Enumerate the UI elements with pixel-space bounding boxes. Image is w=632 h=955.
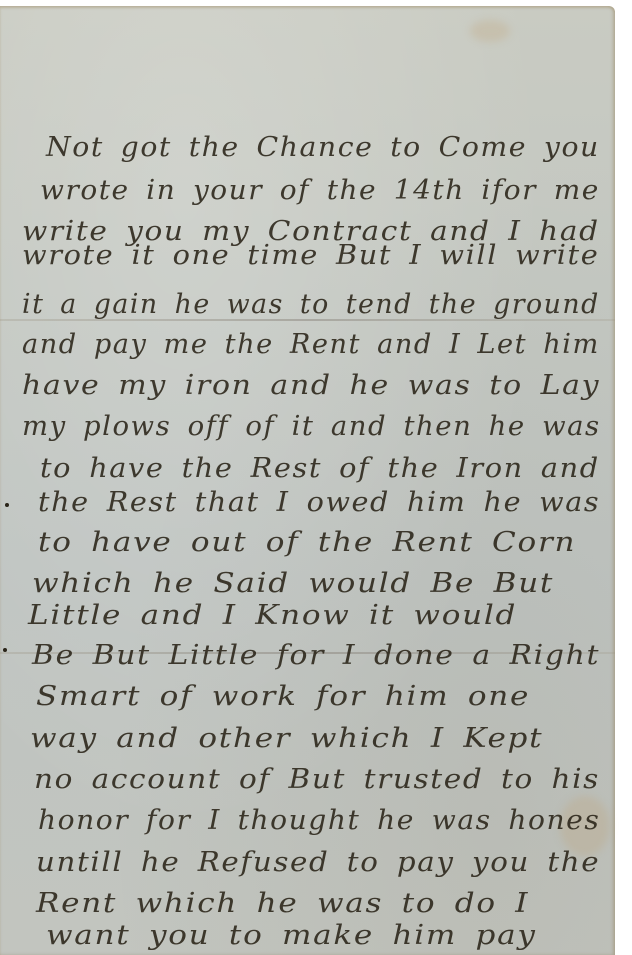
text-line: the Rest that I owed him he was xyxy=(38,487,600,518)
text-line: and pay me the Rent and I Let him xyxy=(22,329,600,360)
text-line: no account of But trusted to his xyxy=(34,764,600,795)
text-line: Not got the Chance to Come you xyxy=(46,132,600,163)
text-line: which he Said would Be But xyxy=(32,568,554,599)
text-line: to have out of the Rent Corn xyxy=(38,527,576,558)
text-line: way and other which I Kept xyxy=(30,723,543,754)
text-line: untill he Refused to pay you the xyxy=(36,847,600,878)
text-line: Smart of work for him one xyxy=(36,681,530,712)
text-line: wrote in your of the 14th ifor me xyxy=(40,175,600,206)
text-line: want you to make him pay xyxy=(46,920,537,951)
text-line: Be But Little for I done a Right xyxy=(32,640,600,671)
text-line: to have the Rest of the Iron and xyxy=(40,453,600,484)
text-line: have my iron and he was to Lay xyxy=(22,370,600,401)
margin-ink-dot xyxy=(3,648,7,652)
text-line: Little and I Know it would xyxy=(28,600,517,631)
text-line: it a gain he was to tend the ground xyxy=(22,289,600,320)
text-line: wrote it one time But I will write xyxy=(22,240,599,271)
margin-ink-dot xyxy=(5,503,9,507)
text-line: my plows off of it and then he was xyxy=(22,411,601,442)
handwritten-text: Not got the Chance to Come you wrote in … xyxy=(0,0,632,955)
text-line: Rent which he was to do I xyxy=(36,888,529,919)
text-line: honor for I thought he was hones xyxy=(38,805,600,836)
